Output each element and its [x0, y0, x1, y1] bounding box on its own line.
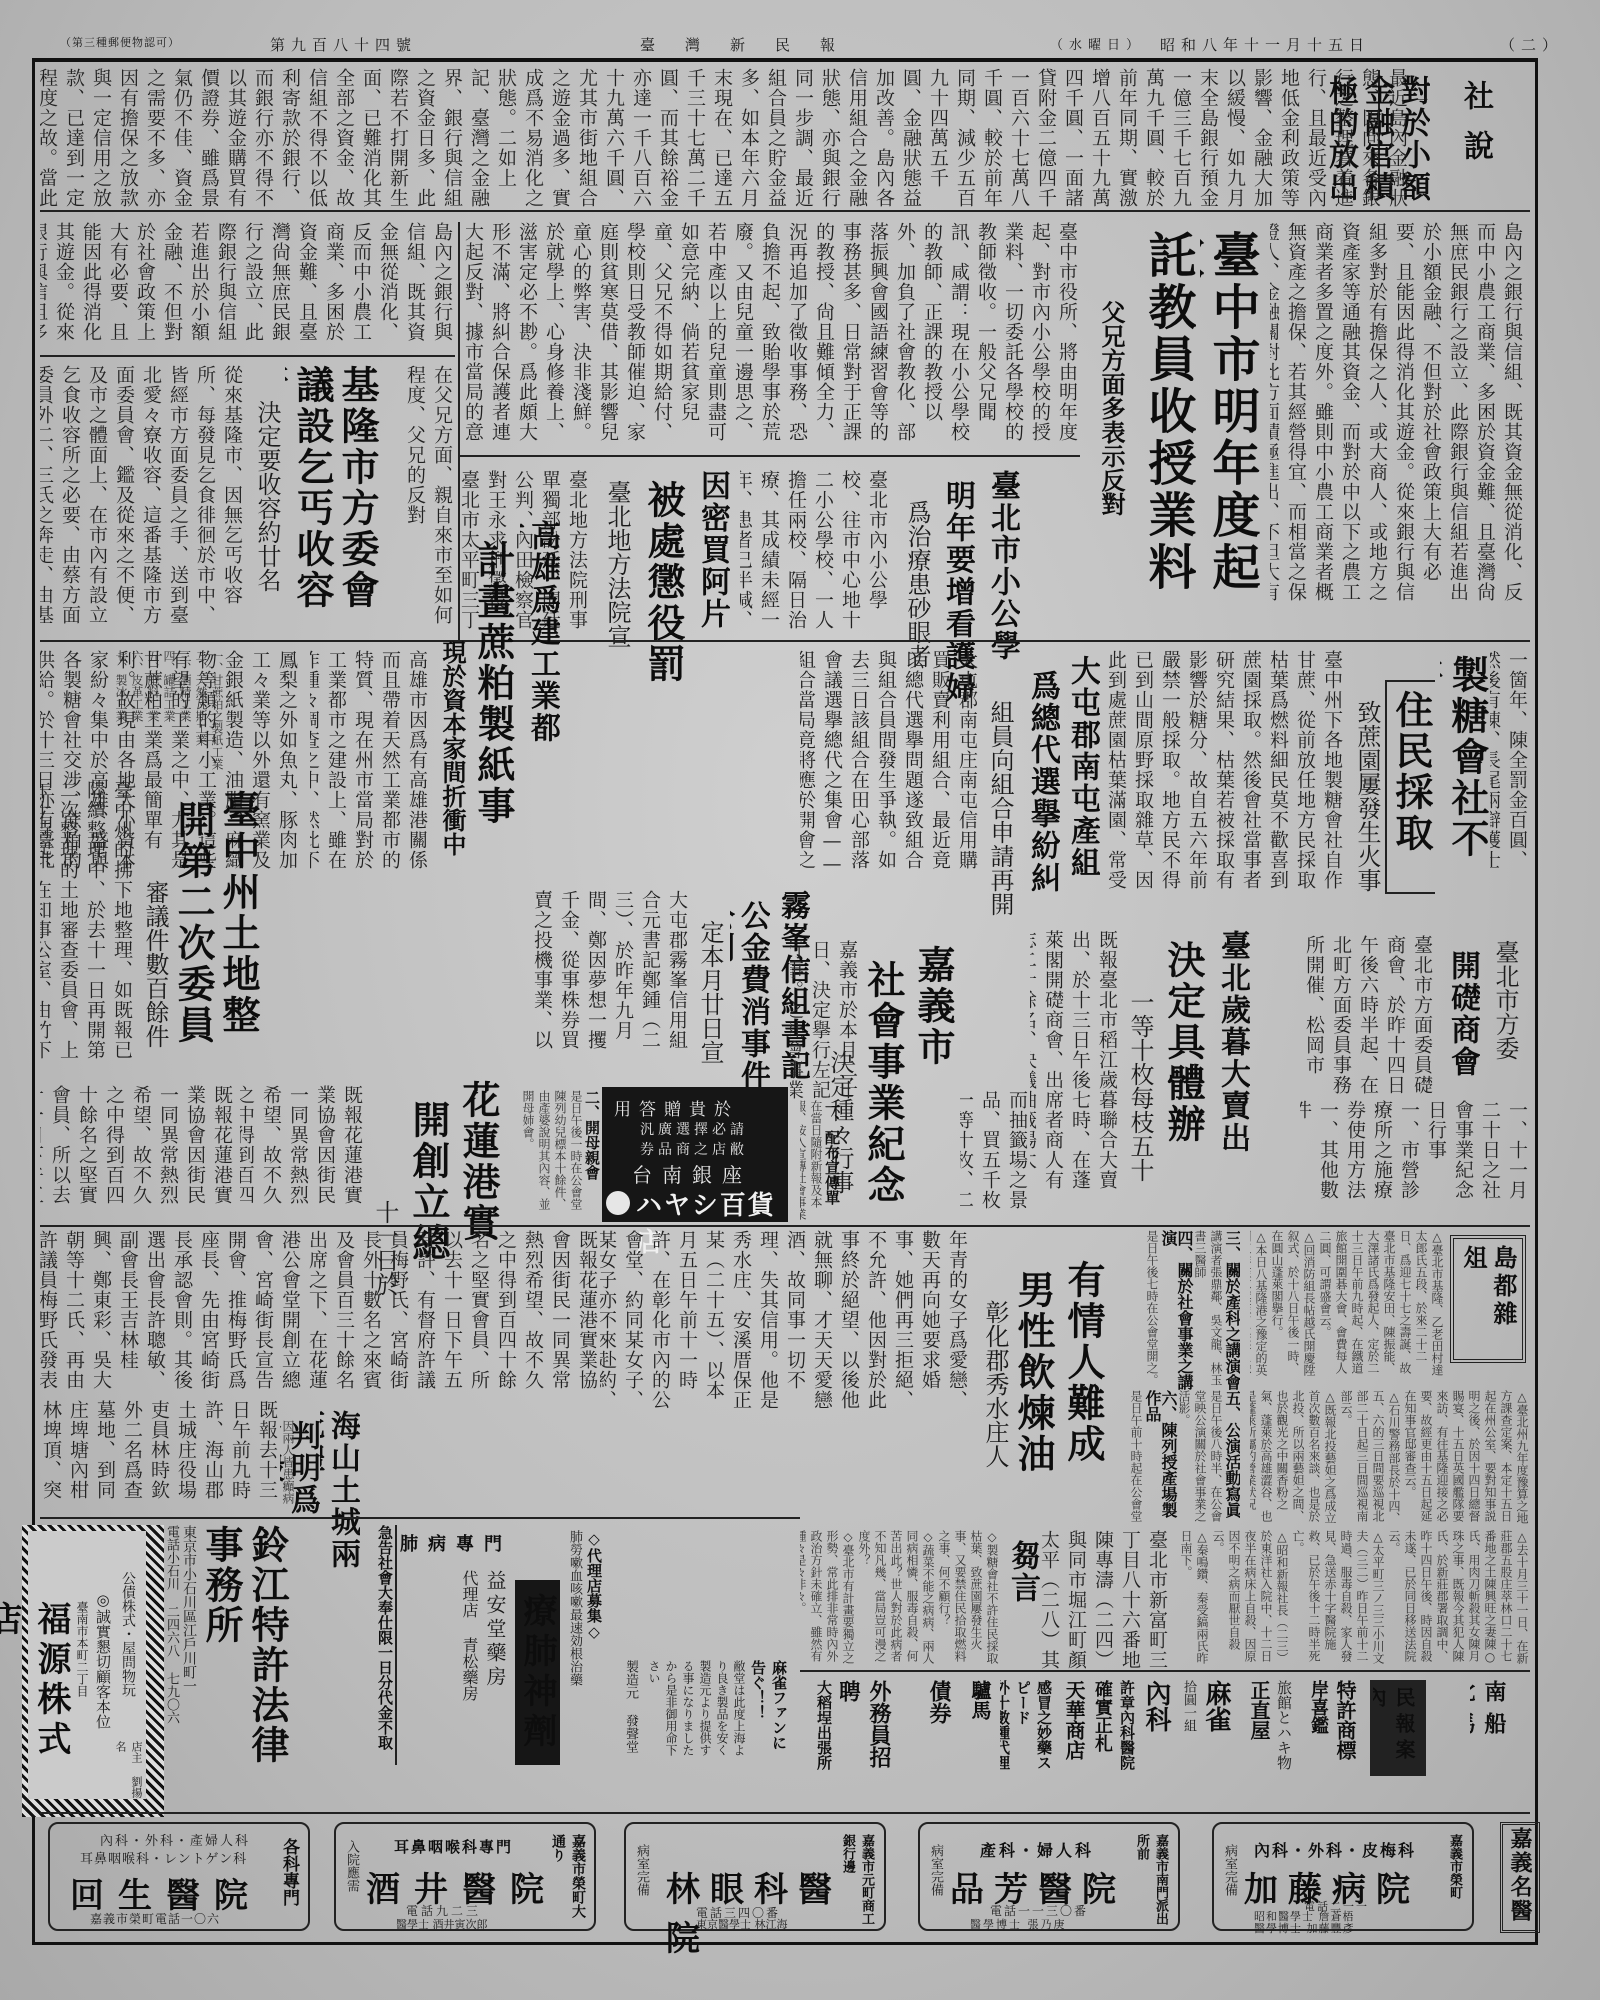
editorial-section: 一: [1412, 90, 1432, 110]
ryohai-label: 肺病專門: [400, 1530, 560, 1560]
postal-note: （第三種郵便物認可）: [60, 34, 180, 50]
clinic-ad-sakai[interactable]: 耳鼻咽喉科專門 酒井醫院 電話九二三 醫學士 酒井寅次郎 入院應需 嘉義市榮町大…: [334, 1822, 596, 1931]
keelung-headline-1: 基隆市方委會: [330, 365, 380, 625]
keelung-subhead: 決定要收容約廿名: [250, 400, 282, 630]
ryohai-ad[interactable]: 療肺神劑: [515, 1580, 560, 1765]
sugar-subhead: 致蔗園屢發生火事: [1350, 700, 1382, 900]
tidbit-list: ◇製糖會社不許住民採取枯葉、致蔗園屢發生火事、又要禁住民拾取燃料之事、何不顧行？…: [800, 1530, 1000, 1670]
horse-ad[interactable]: 驢馬: [960, 1680, 995, 1770]
fengjia-subhead: 定本月廿日宣判: [695, 920, 725, 1080]
taipei-sale-subhead: 一等十枚每枝五十圓: [1125, 990, 1155, 1190]
kaohsiung-body: 高雄市因爲有高雄港關係而且帶着天然工業都市的特質、現在州市當局對於工業都市之建設…: [310, 650, 430, 880]
taipei-sale-body: 既報臺北市稻江歲暮聯合大賣出、於十三日午後七時、在蓬萊閣開礎商會、出席者商人有志…: [1030, 930, 1120, 1190]
chiayi-body: 嘉義市於本月二十日、決定擧行左記行事。之社會事業紀念日、: [790, 940, 860, 1100]
chiayi-doctors-label: 嘉義名醫: [1500, 1822, 1540, 1933]
clinic-ad-kato[interactable]: 內科・外科・皮梅科 加藤病院 電話二一一 昭和醫學士 詹蒼梧 醫學博士 加藤豐彥…: [1212, 1822, 1474, 1931]
editorial-continued: 島內之銀行與信組、既其資金無從消化、反而中小農工商業、多困於資金難、且臺灣尙無庶…: [1270, 222, 1525, 602]
minpo-guide-ad[interactable]: 民報案內: [1370, 1680, 1426, 1776]
changhua-subhead: 彰化郡秀水庄人: [980, 1300, 1010, 1470]
recruit-ad[interactable]: 外務員招聘: [840, 1680, 895, 1770]
keelung-body-right: 在父兄方面、親自來市至如何程度、父兄的反對: [385, 365, 455, 635]
mahjong-ad[interactable]: 麻雀ファンに告ぐ！！ 敝堂は此度上海より良き製品を安く製造元より提供する事になり…: [640, 1660, 790, 1760]
taipei-sale-body-2: 而抽籤場之景品、買五千枚一等十枚、二等三十枚、三等五十枚、每枝五十圓、每一等三圓…: [960, 1090, 1030, 1210]
datun-headline-1: 大屯郡南屯產組: [1060, 655, 1100, 935]
datun-subhead: 組員向組合申請再開: [985, 700, 1015, 920]
mahjong-maker: 製造元 發聲堂: [610, 1660, 640, 1760]
taichung-land-body: 臺中州的拂下地整理、如既報已陸續整理中、於去十一日再開第二次整理的土地審查委員會…: [40, 780, 135, 1060]
changhua-body: 年青的女子爲愛戀、數天再向她要求婚事、她們再三拒絕、不允許、他因對於此事終於絕望…: [600, 1230, 970, 1410]
taichung-fee-headline-2: 託教員收授業料: [1130, 230, 1196, 660]
patent-ad[interactable]: 特許商標 岸喜鑑: [1300, 1680, 1360, 1770]
clinic-ad-kaisei[interactable]: 內科・外科・產婦人科 耳鼻咽喉科・レントゲン科 回生醫院 嘉義市榮町電話一〇六 …: [48, 1822, 310, 1931]
masthead: （第三種郵便物認可） 第九百八十四號 臺灣新民報 （水曜日） 昭和八年十一月十五…: [40, 34, 1540, 56]
hualien-body-2: 既報花蓮港實業協會因街民一同異常熱烈希望、故不久之中得到百四十餘名之堅實會員、所…: [40, 1085, 235, 1215]
chiayi-items-3-4: 三、關於產科之講演會 講演者張鼎鄰、吳文龍、林玉書三醫師 四、關於社會事業之講演…: [1130, 1230, 1240, 1390]
tenka-ad[interactable]: 確實正札 天華商店: [1060, 1680, 1115, 1770]
taichung-land-subhead: 審議件數百餘件: [140, 880, 170, 1050]
ryohai-details: 益安堂藥房 代理店 青松藥房: [400, 1570, 510, 1765]
suzue-ad[interactable]: 鈴江特許法律事務所 東京市小石川區江戶川町一 電話小石川 二四六八 七九〇六: [160, 1525, 290, 1765]
ship-ad[interactable]: 南船北馬: [1470, 1680, 1510, 1770]
naika-ad[interactable]: 內科 許章內科醫院: [1120, 1680, 1175, 1770]
editorial-body: 最近島內金融狀態、因向來各銀行之整理着着進行、且最近受內地低金利政策等影響、金融…: [40, 68, 1410, 208]
taichung-fee-headline-1: 臺中市明年度起欲: [1200, 230, 1260, 630]
datun-body: 大屯郡南屯庄南屯信用購買販賣利用組合、最近竟以總代選擧問題遂致組合與組合員間發生…: [800, 650, 980, 880]
tidbit-title: 芻言: [1000, 1540, 1040, 1660]
taipei-sale-headline-1: 臺北歲暮大賣出: [1210, 930, 1250, 1160]
taichung-fee-subhead: 父兄方面多表示反對: [1090, 300, 1126, 620]
taichung-fee-body: 臺中市役所、將由明年度起、對市內小公學校的授業料、一切委託各學校的教師徵收。一般…: [460, 222, 1080, 452]
paper-name: 臺灣新民報: [640, 34, 865, 55]
sugar-body: 臺中州下各地製糖會社自作甘蔗、從前放任地方民採取枯葉爲燃料細民莫不歡喜到蔗園採取…: [1100, 650, 1345, 900]
kaohsiung-headline-2: 計畫蔗粕製紙事業: [470, 540, 516, 840]
weekday: （水曜日）: [1050, 34, 1145, 53]
keelung-body: 從來基隆市、因無乞丐收容所、每發見乞食徘徊於市中、皆經市方面委員之手、送到臺北愛…: [40, 365, 245, 635]
hayashi-department-store-ad[interactable]: 用答贈貴於 汎廣選擇必請 券品商之店敝 台南銀座 ハヤシ百貨店: [602, 1087, 788, 1222]
hualien-body: 既報花蓮港實業協會因街民一同異常熱烈希望、故不久之中得到百四十餘名之堅實會員、所…: [240, 1085, 365, 1215]
haishan-body: 既報去十三日午前九時許、海山郡土城庄役場吏員林時欽外二名爲查墓地、到同庄埤塘內柑…: [40, 1400, 280, 1515]
island-misc-list-2: △臺北州九年度豫算之地方課查定案、本定十五日起在州公室、要對知事説明之後、於因十…: [1250, 1390, 1530, 1530]
taipei-merchant-headline-2: 開礎商會: [1440, 950, 1480, 1080]
clinic-ad-pinfang[interactable]: 產科・婦人科 品芳醫院 電話一一三〇番 醫學博士 張乃庚 病室完備 嘉義市南門派…: [918, 1822, 1180, 1931]
opium-headline-2: 被處懲役罰金: [640, 480, 686, 700]
sugar-headline-2: 住民採取枯葉: [1388, 690, 1434, 890]
taichung-land-headline-2: 開第二次委員會: [170, 800, 216, 1050]
mahjong-fan-ad[interactable]: 大稻埕出張所: [800, 1680, 835, 1770]
issue-date: 昭和八年十一月十五日: [1160, 34, 1370, 55]
taipei-nurse-body: 臺北市內小公學校、往市中心地十二小公學校、一人擔任兩校、隔日治療、其成績未經一年…: [740, 470, 890, 630]
keelung-headline-2: 議設乞丐收容所: [285, 365, 335, 625]
changhua-headline-1: 有情人難成眷屬: [1060, 1260, 1106, 1480]
issue-number: 第九百八十四號: [270, 34, 417, 55]
bond-ad[interactable]: 債券: [900, 1680, 955, 1770]
chiayi-items-5-6: 五、公演活動寫眞 是日午後八時半、在公會堂映公演關於社會事業之活影。 六、陳列授…: [1130, 1390, 1240, 1530]
taichung-land-headline-1: 臺中州土地整理: [215, 790, 261, 1040]
datun-headline-2: 爲總代選擧紛糾: [1020, 670, 1060, 930]
sugar-headline-1: 製糖會社不許: [1440, 655, 1490, 875]
kaohsiung-subhead: 現於資本家間折衝中: [433, 640, 467, 880]
ryohai-recruit[interactable]: ◇代理店募集◇ 肺勞嗽血咳嗽最速効根治藥: [565, 1530, 605, 1765]
clinic-ad-lin[interactable]: 林眼科醫院 電話三四〇番 東京醫學士 林江海 病室完備 嘉義市元町商工銀行邊: [624, 1822, 886, 1931]
island-misc-list-1: △臺北市基隆、乙老田村達太郎氏五段、於來二十二日、爲迎七十七之壽誕、故臺北市基隆…: [1250, 1230, 1445, 1385]
editorial-body-left: 島內之銀行與信組、既其資金無從消化、反而中小農工商業、多困於資金難、且臺灣尙無庶…: [40, 222, 455, 352]
fengjia-body: 大屯郡霧峯信用組合元書記鄭鍾（二三）、於昨年九月間、鄭因夢想一攫千金、從事株券買…: [530, 890, 690, 1060]
island-misc-title-box: 島都雜俎: [1450, 1235, 1526, 1363]
newspaper-page: （第三種郵便物認可） 第九百八十四號 臺灣新民報 （水曜日） 昭和八年十一月十五…: [0, 0, 1600, 2000]
taipei-merchant-items: 一、十一月二十日之社會事業紀念日行事 一、市營診療所之施療券使用方法 一、其他數…: [1300, 1100, 1530, 1210]
island-misc-list-3: △去十月三十一日、在新莊郡五股庄萃林口二十七番地之土陳興旺之妻陳○氏、用肉刀斬殺…: [1170, 1530, 1530, 1670]
taipei-sale-headline-2: 決定具體辦法: [1160, 940, 1206, 1180]
chiayi-headline-1: 嘉義市: [910, 945, 956, 1085]
trial-continued: 一箇年、陳全罰金百圓、然後有陳、長尾兩辯護士之辯論、至午後二時許、由判官宣告王永…: [1490, 650, 1530, 870]
hotel-ad[interactable]: 旅館とハキ物 正直屋: [1240, 1680, 1295, 1770]
fengjia-headline-2: 公金費消事件公判: [730, 900, 770, 1110]
medicine-ad[interactable]: 感冒之妙藥スピード 外十數種代理店: [1000, 1680, 1055, 1770]
chiayi-item-1: 一、配布宣傳單 在當日隨附新報及本報、按入宣傳社會事業之傳單、兩使人夫配布於市內…: [800, 1100, 840, 1230]
taipei-nurse-headline-1: 臺北市小公學: [980, 470, 1020, 690]
hayashi-logo-icon: [606, 1191, 630, 1215]
kaohsiung-headline-1: 高雄爲建工業都市: [520, 520, 560, 770]
notice-ad[interactable]: 急告社會大奉仕限一日分代金不取: [300, 1525, 395, 1765]
taipei-merchant-body: 臺北市方面委員礎商會、於昨十四日午後六時半起、在北町方面委員事務所開催、松岡市尹…: [1300, 935, 1435, 1095]
chiayi-item-2: 二、開母親會 是日午後一時在公會堂陳列幼兒標本十餘件、由產婆說明其內容、並開母姉…: [510, 1090, 600, 1220]
opium-subhead: 臺北地方法院宣判: [600, 480, 632, 660]
haishan-subhead: 因兩人皆患癲病: [280, 1420, 296, 1530]
fukugen-ad[interactable]: 公債株式・屋問物玩 ◎誠實懇切顧客本位 臺南市本町二丁目 福源株式店 店主 劉揚…: [28, 1531, 146, 1799]
mahjong-set-ad[interactable]: 麻雀 拾圓一組: [1180, 1680, 1235, 1770]
chiayi-headline-2: 社會事業紀念日: [860, 960, 906, 1220]
hualien-body-3: 既報花蓮港實業協會因街民一同異常熱烈希望、故不久之中得到百四十餘名之堅實會員、所…: [40, 1230, 600, 1395]
changhua-headline-2: 男性飲煉油自殺: [1010, 1270, 1056, 1480]
page-number: （二）: [1500, 34, 1563, 55]
taipei-house-body: 臺北市新富町三丁目八十六番地陳專濤（二四）與同市堀江町顏太平（二八）其他詳細還未…: [1040, 1530, 1170, 1670]
